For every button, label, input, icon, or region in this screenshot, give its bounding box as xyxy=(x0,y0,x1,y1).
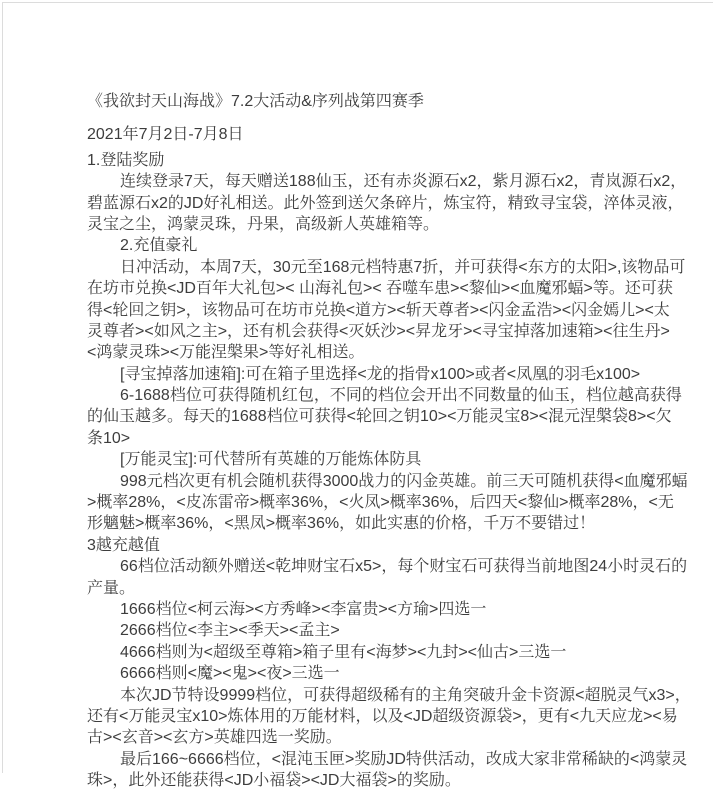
page: { "page": { "background_color": "#ffffff… xyxy=(0,0,720,773)
text-line: 灵宝之尘，鸿蒙灵珠，丹果，高级新人英雄箱等。 xyxy=(87,214,713,235)
text-line: 本次JD节特设9999档位，可获得超级稀有的主角突破升金卡资源<超脱灵气x3>， xyxy=(87,685,713,706)
text-line: 1666档位<柯云海><方秀峰><李富贵><方瑜>四选一 xyxy=(87,599,713,620)
text-line: 66档位活动额外赠送<乾坤财宝石x5>，每个财宝石可获得当前地图24小时灵石的 xyxy=(87,556,713,577)
text-line: 3越充越值 xyxy=(87,535,713,556)
text-line: 产量。 xyxy=(87,578,713,599)
text-line: 形魑魅>概率36%，<黑凤>概率36%，如此实惠的价格，千万不要错过！ xyxy=(87,513,713,534)
text-line: 6666档则<魔><鬼><夜>三选一 xyxy=(87,663,713,684)
text-line: 条10> xyxy=(87,428,713,449)
text-line: 古><玄音><玄方>英雄四选一奖励。 xyxy=(87,727,713,748)
text-line: 碧蓝源石x2的JD好礼相送。此外签到送欠条碎片，炼宝符，精致寻宝袋，淬体灵液， xyxy=(87,193,713,214)
document-title: 《我欲封天山海战》7.2大活动&序列战第四赛季 xyxy=(87,91,713,112)
text-line: [万能灵宝]:可代替所有英雄的万能炼体防具 xyxy=(87,449,713,470)
text-line: 最后166~6666档位，<混沌玉匣>奖励JD特供活动，改成大家非常稀缺的<鸿蒙… xyxy=(87,749,713,770)
text-line: 2.充值豪礼 xyxy=(87,235,713,256)
text-line: 灵尊者><如风之主>，还有机会获得<灭妖沙><昇龙牙><寻宝掉落加速箱><往生丹… xyxy=(87,321,713,342)
text-line: 6-1688档位可获得随机红包，不同的档位会开出不同数量的仙玉，档位越高获得 xyxy=(87,385,713,406)
text-line: 在坊市兑换<JD百年大礼包>< 山海礼包>< 吞噬车患><黎仙><血魔邪蝠>等。… xyxy=(87,278,713,299)
text-line: 日冲活动，本周7天，30元至168元档特惠7折，并可获得<东方的太阳>,该物品可 xyxy=(87,257,713,278)
text-line: 得<轮回之钥>，该物品可在坊市兑换<道方><斩天尊者><闪金孟浩><闪金嫣儿><… xyxy=(87,300,713,321)
document-panel: 《我欲封天山海战》7.2大活动&序列战第四赛季 2021年7月2日-7月8日 1… xyxy=(2,2,713,773)
text-line: 还有<万能灵宝x10>炼体用的万能材料，以及<JD超级资源袋>，更有<九天应龙>… xyxy=(87,706,713,727)
text-line: 连续登录7天，每天赠送188仙玉，还有赤炎源石x2，紫月源石x2，青岚源石x2， xyxy=(87,171,713,192)
text-line: 4666档则为<超级至尊箱>箱子里有<海梦><九封><仙古>三选一 xyxy=(87,642,713,663)
text-line: <鸿蒙灵珠><万能涅槃果>等好礼相送。 xyxy=(87,342,713,363)
text-line: 的仙玉越多。每天的1688档位可获得<轮回之钥10><万能灵宝8><混元涅槃袋8… xyxy=(87,406,713,427)
text-line: >概率28%，<皮冻雷帝>概率36%，<火凤>概率36%，后四天<黎仙>概率28… xyxy=(87,492,713,513)
document-body: 《我欲封天山海战》7.2大活动&序列战第四赛季 2021年7月2日-7月8日 1… xyxy=(3,3,713,773)
document-date: 2021年7月2日-7月8日 xyxy=(87,124,713,145)
text-line: 1.登陆奖励 xyxy=(87,150,713,171)
text-line: [寻宝掉落加速箱]:可在箱子里选择<龙的指骨x100>或者<凤凰的羽毛x100> xyxy=(87,364,713,385)
text-line: 998元档次更有机会随机获得3000战力的闪金英雄。前三天可随机获得<血魔邪蝠 xyxy=(87,471,713,492)
document-lines: 1.登陆奖励连续登录7天，每天赠送188仙玉，还有赤炎源石x2，紫月源石x2，青… xyxy=(87,150,713,773)
text-line: 2666档位<李主><季天><孟主> xyxy=(87,620,713,641)
